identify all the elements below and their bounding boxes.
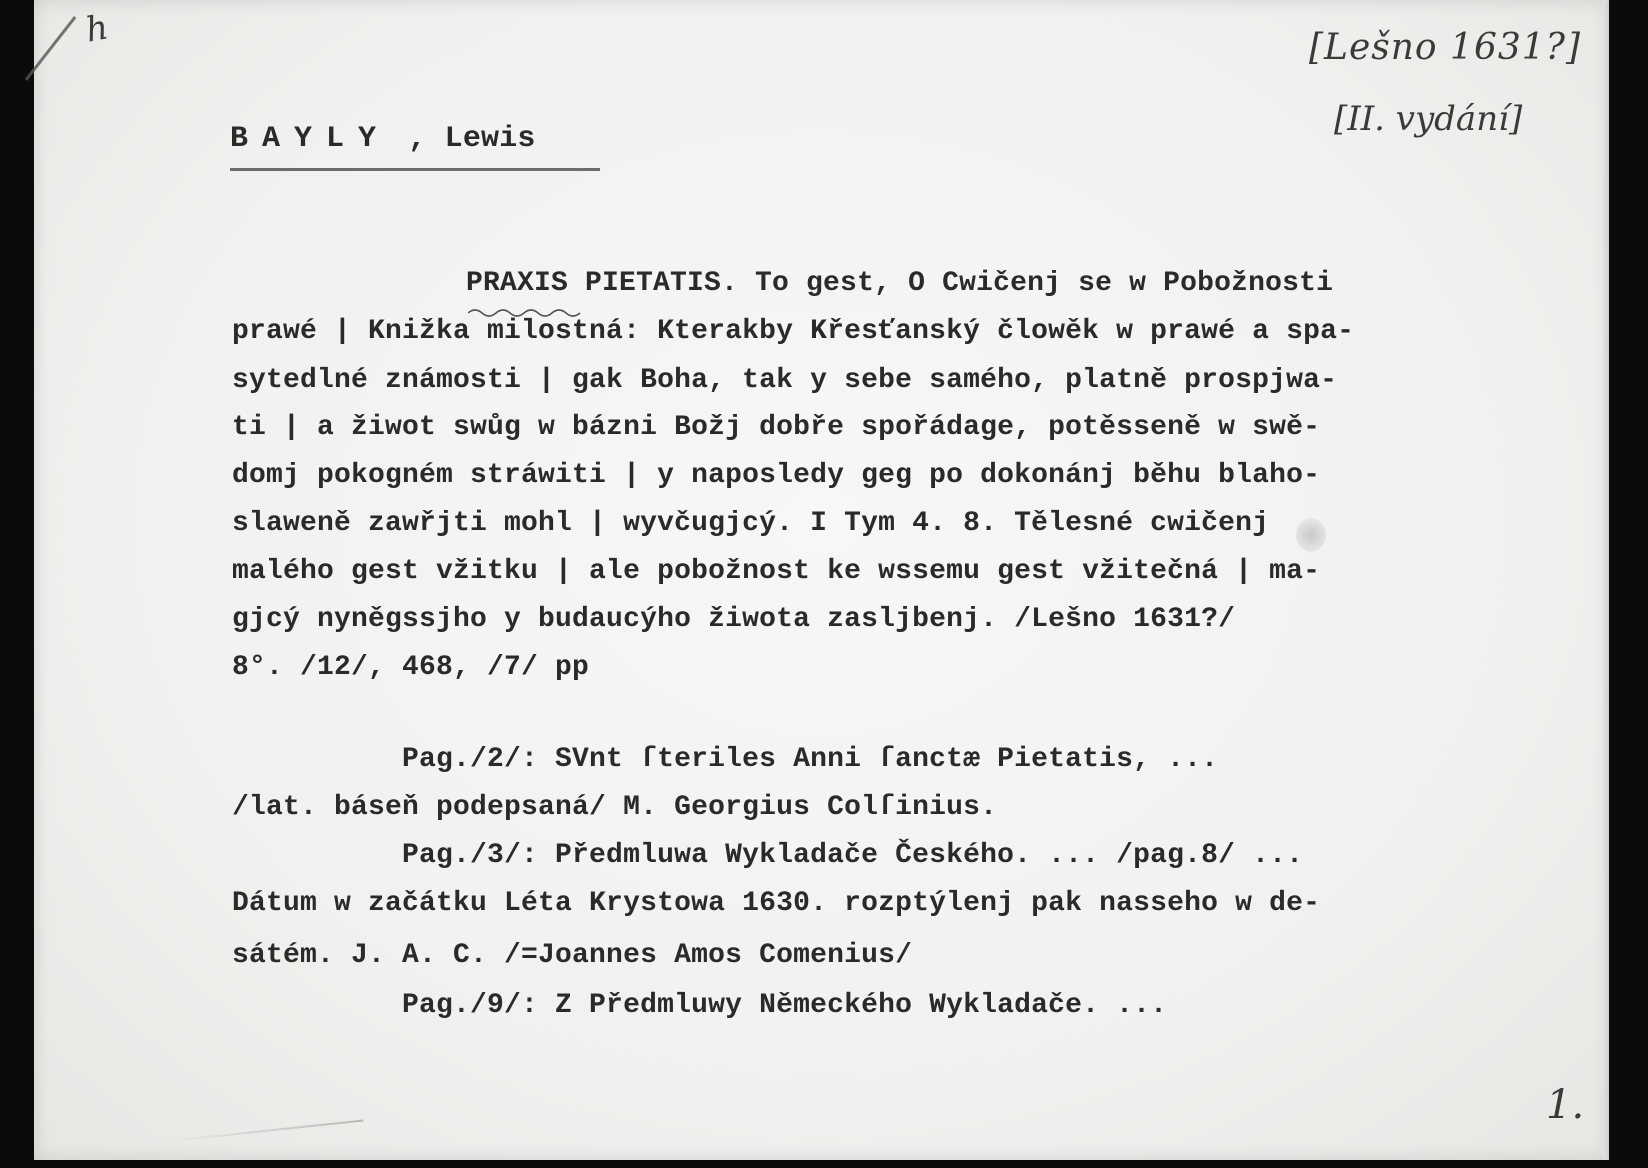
author-separator: , — [390, 122, 426, 156]
title-line: ti | a žiwot swůg w bázni Božj dobře spo… — [232, 414, 1320, 442]
heading-underline — [230, 168, 600, 171]
pencil-stroke-mark — [164, 1120, 363, 1143]
note-line: sátém. J. A. C. /=Joannes Amos Comenius/ — [232, 942, 912, 970]
note-line: /lat. báseň podepsaná/ M. Georgius Colſi… — [232, 794, 997, 822]
title-line: PRAXIS PIETATIS. To gest, O Cwičenj se w… — [466, 270, 1333, 298]
note-line: Pag./2/: SVnt ſteriles Anni ſanctæ Pieta… — [232, 746, 1218, 774]
pencil-slash-mark — [25, 16, 77, 81]
author-surname: BAYLY — [230, 122, 390, 156]
handwritten-edition-note: [II. vydání] — [1334, 102, 1522, 136]
note-line: Dátum w začátku Léta Krystowa 1630. rozp… — [232, 890, 1320, 918]
title-line: domj pokogném stráwiti | y naposledy geg… — [232, 462, 1320, 490]
title-line: malého gest vžitku | ale pobožnost ke ws… — [232, 558, 1320, 586]
note-line: Pag./9/: Z Předmluwy Německého Wykladače… — [232, 992, 1167, 1020]
collation-line: 8°. /12/, 468, /7/ pp — [232, 654, 589, 682]
author-given-name: Lewis — [445, 122, 536, 156]
ink-smudge — [1296, 518, 1326, 552]
handwritten-card-number: 1. — [1546, 1085, 1584, 1125]
catalog-card: h [Lešno 1631?] [II. vydání] BAYLY , Lew… — [34, 0, 1609, 1160]
title-line: sytedlné známosti | gak Boha, tak y sebe… — [232, 367, 1337, 395]
title-line: gjcý nyněgssjho y budaucýho žiwota zaslj… — [232, 606, 1235, 634]
handwritten-place-note: [Lešno 1631?] — [1309, 30, 1581, 66]
title-line: slaweně zawřjti mohl | wyvčugjcý. I Tym … — [232, 510, 1269, 538]
author-heading: BAYLY , Lewis — [230, 124, 536, 154]
note-line: Pag./3/: Předmluwa Wykladače Českého. ..… — [232, 842, 1303, 870]
handwritten-initial: h — [83, 10, 110, 47]
title-line: prawé | Knižka milostná: Kterakby Křesťa… — [232, 318, 1354, 346]
